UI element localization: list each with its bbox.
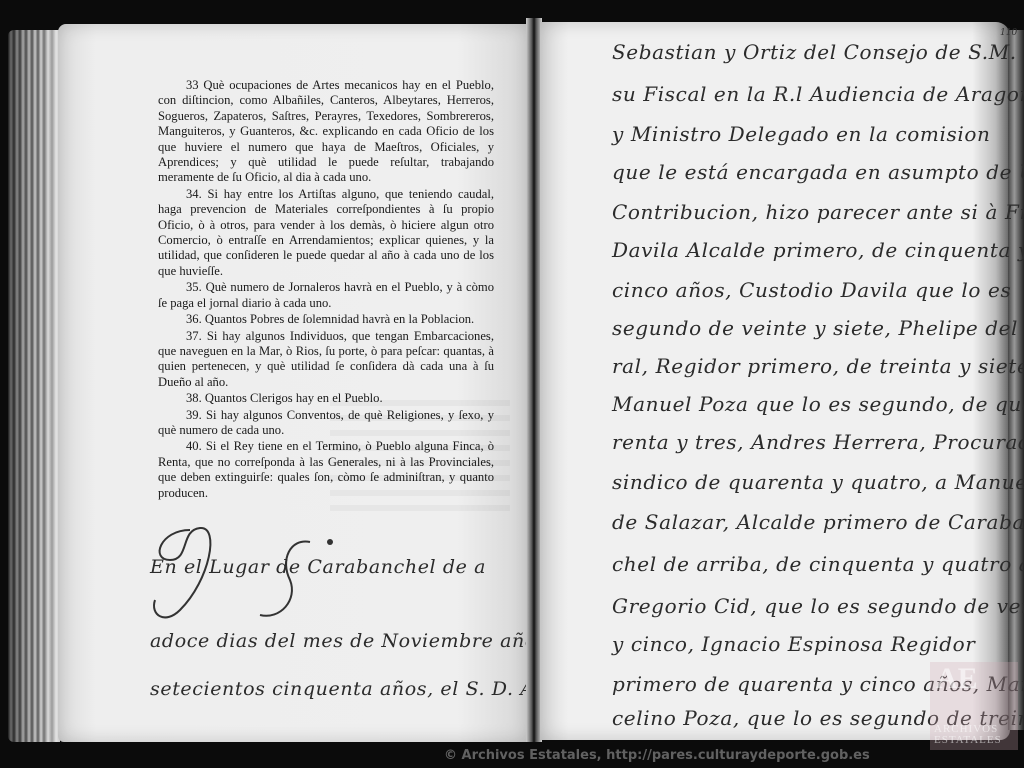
handwritten-line: Manuel Poza que lo es segundo, de qua- (612, 392, 1024, 416)
question-number: 36. (172, 312, 202, 327)
question-text: Quantos Clerigos hay en el Pueblo. (205, 391, 383, 405)
question-33: 33 Què ocupaciones de Artes mecanicos ha… (158, 78, 494, 186)
printed-questionnaire: 33 Què ocupaciones de Artes mecanicos ha… (158, 78, 494, 502)
question-39: 39. Si hay algunos Conventos, de què Rel… (158, 408, 494, 439)
question-number: 39. (172, 408, 202, 423)
question-text: Si el Rey tiene en el Termino, ò Pueblo … (158, 439, 494, 499)
folio-number: 110 (1000, 28, 1017, 38)
handwritten-line: adoce dias del mes de Noviembre año de (150, 630, 568, 652)
question-number: 40. (172, 439, 202, 454)
handwritten-line: En el Lugar de Carabanchel de a (150, 556, 486, 578)
question-35: 35. Què numero de Jornaleros havrà en el… (158, 280, 494, 311)
question-text: Quantos Pobres de ſolemnidad havrà en la… (205, 312, 474, 326)
handwritten-line: ral, Regidor primero, de treinta y siete… (612, 354, 1024, 378)
question-text: Si hay entre los Artiſtas alguno, que te… (158, 187, 494, 278)
question-38: 38. Quantos Clerigos hay en el Pueblo. (158, 391, 494, 406)
handwritten-line: Contribucion, hizo parecer ante si à Fra… (612, 200, 1024, 224)
question-text: Què ocupaciones de Artes mecanicos hay e… (158, 78, 494, 184)
handwritten-line: sindico de quarenta y quatro, a Manuel (612, 470, 1024, 494)
handwritten-line: y Ministro Delegado en la comision (612, 122, 990, 146)
handwritten-line: setecientos cinquenta años, el S. D. Agu… (150, 678, 571, 700)
handwritten-line: Sebastian y Ortiz del Consejo de S.M. (612, 40, 1017, 64)
question-40: 40. Si el Rey tiene en el Termino, ò Pue… (158, 439, 494, 501)
handwritten-line: Davila Alcalde primero, de cinquenta y (612, 238, 1024, 262)
watermark-logo: AE (936, 662, 978, 696)
question-37: 37. Si hay algunos Individuos, que tenga… (158, 329, 494, 391)
handwritten-line: Gregorio Cid, que lo es segundo de veint… (612, 594, 1024, 618)
handwritten-line: su Fiscal en la R.l Audiencia de Aragon, (612, 82, 1024, 106)
handwritten-line: cinco años, Custodio Davila que lo es (612, 278, 1011, 302)
archive-watermark: AE ARCHIVOS ESTATALES (930, 662, 1018, 750)
handwritten-line: y cinco, Ignacio Espinosa Regidor (612, 632, 975, 656)
question-36: 36. Quantos Pobres de ſolemnidad havrà e… (158, 312, 494, 327)
watermark-line: ESTATALES (934, 735, 1002, 746)
book-page-edges (8, 30, 60, 742)
handwritten-line: segundo de veinte y siete, Phelipe del M… (612, 316, 1024, 340)
handwritten-line: renta y tres, Andres Herrera, Procurador (612, 430, 1024, 454)
question-text: Si hay algunos Individuos, que tengan Em… (158, 329, 494, 389)
copyright-notice: © Archivos Estatales, http://pares.cultu… (444, 748, 870, 763)
watermark-text: ARCHIVOS ESTATALES (934, 724, 1002, 746)
question-number: 35. (172, 280, 202, 295)
handwritten-line: que le está encargada en asumpto de Unic… (612, 160, 1024, 184)
question-number: 34. (172, 187, 202, 202)
right-page-edge (1008, 30, 1024, 730)
question-number: 33 (172, 78, 199, 93)
handwritten-line: de Salazar, Alcalde primero de Caraban- (612, 510, 1024, 534)
question-text: Què numero de Jornaleros havrà en el Pue… (158, 280, 494, 309)
question-number: 38. (172, 391, 202, 406)
question-number: 37. (172, 329, 202, 344)
question-34: 34. Si hay entre los Artiſtas alguno, qu… (158, 187, 494, 279)
question-text: Si hay algunos Conventos, de què Religio… (158, 408, 494, 437)
handwritten-line: chel de arriba, de cinquenta y quatro añ… (612, 552, 1024, 576)
